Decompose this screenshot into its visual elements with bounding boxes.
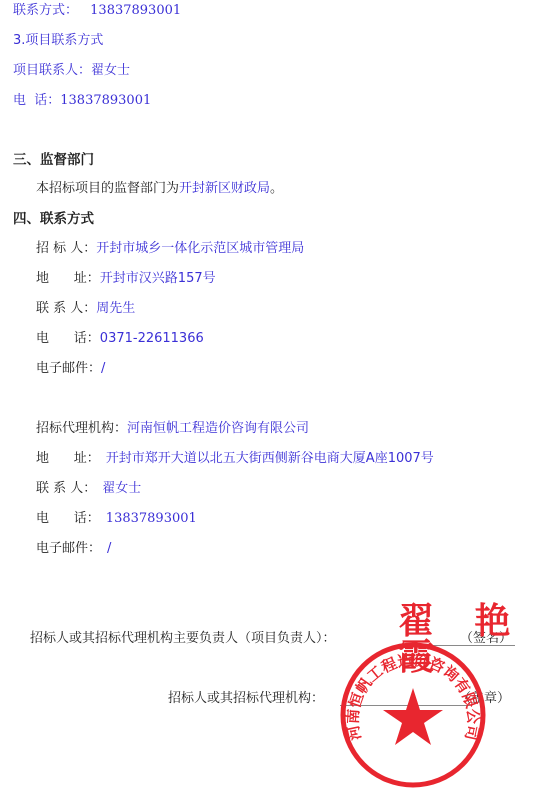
- agency-phone-value: 13837893001: [106, 511, 197, 526]
- project-contact-heading: 3.项目联系方式: [13, 33, 103, 49]
- agency-address-line: 地 址：开封市郑开大道以北五大街西侧新谷电商大厦A座1007号: [36, 451, 434, 467]
- agency-email-label: 电子邮件：: [36, 541, 101, 556]
- contact-method-label: 联系方式：: [13, 3, 78, 18]
- tenderer-phone-label: 电 话：: [36, 331, 100, 346]
- tenderer-contact-value: 周先生: [96, 301, 135, 316]
- agency-address-value: 开封市郑开大道以北五大街西侧新谷电商大厦A座1007号: [106, 451, 434, 466]
- tenderer-name-line: 招 标 人：开封市城乡一体化示范区城市管理局: [36, 241, 304, 257]
- contact-method-line: 联系方式： 13837893001: [13, 3, 181, 19]
- tenderer-contact-label: 联 系 人：: [36, 301, 96, 316]
- tenderer-email-label: 电子邮件：: [36, 361, 101, 376]
- project-phone-value: 13837893001: [60, 93, 151, 108]
- section-supervision-heading: 三、监督部门: [13, 152, 94, 168]
- tenderer-email-line: 电子邮件：/: [36, 361, 105, 377]
- project-contact-person-line: 项目联系人：翟女士: [13, 63, 130, 79]
- tenderer-name-value: 开封市城乡一体化示范区城市管理局: [96, 241, 304, 256]
- supervision-authority: 开封新区财政局: [179, 181, 270, 196]
- tenderer-address-value: 开封市汉兴路157号: [100, 271, 216, 286]
- agency-email-value: /: [107, 541, 111, 556]
- tenderer-phone-value: 0371-22611366: [100, 331, 204, 346]
- project-contact-person-label: 项目联系人：: [13, 63, 91, 78]
- section-contact-heading: 四、联系方式: [13, 211, 94, 227]
- agency-contact-line: 联 系 人：翟女士: [36, 481, 141, 497]
- agency-contact-label: 联 系 人：: [36, 481, 96, 496]
- agency-contact-value: 翟女士: [102, 481, 141, 496]
- company-stamp-icon: 河南恒帆工程造价咨询有限公司: [338, 640, 488, 790]
- supervision-text-suffix: 。: [270, 181, 283, 196]
- tenderer-contact-line: 联 系 人：周先生: [36, 301, 135, 317]
- supervision-text-prefix: 本招标项目的监督部门为: [36, 181, 179, 196]
- agency-seal-label: 招标人或其招标代理机构：: [168, 691, 324, 707]
- agency-address-label: 地 址：: [36, 451, 100, 466]
- tenderer-email-value: /: [101, 361, 105, 376]
- agency-name-label: 招标代理机构：: [36, 421, 127, 436]
- project-contact-person-value: 翟女士: [91, 63, 130, 78]
- responsible-person-label: 招标人或其招标代理机构主要负责人（项目负责人）：: [30, 631, 336, 647]
- tenderer-phone-line: 电 话：0371-22611366: [36, 331, 204, 347]
- tenderer-address-line: 地 址：开封市汉兴路157号: [36, 271, 216, 287]
- agency-name-value: 河南恒帆工程造价咨询有限公司: [127, 421, 309, 436]
- tenderer-name-label: 招 标 人：: [36, 241, 96, 256]
- contact-method-value: 13837893001: [90, 3, 181, 18]
- agency-phone-label: 电 话：: [36, 511, 100, 526]
- agency-email-line: 电子邮件：/: [36, 541, 111, 557]
- tenderer-address-label: 地 址：: [36, 271, 100, 286]
- project-phone-line: 电 话：13837893001: [13, 93, 151, 109]
- supervision-text: 本招标项目的监督部门为开封新区财政局。: [36, 181, 283, 197]
- agency-name-line: 招标代理机构：河南恒帆工程造价咨询有限公司: [36, 421, 309, 437]
- project-phone-label: 电 话：: [13, 93, 60, 108]
- agency-phone-line: 电 话：13837893001: [36, 511, 197, 527]
